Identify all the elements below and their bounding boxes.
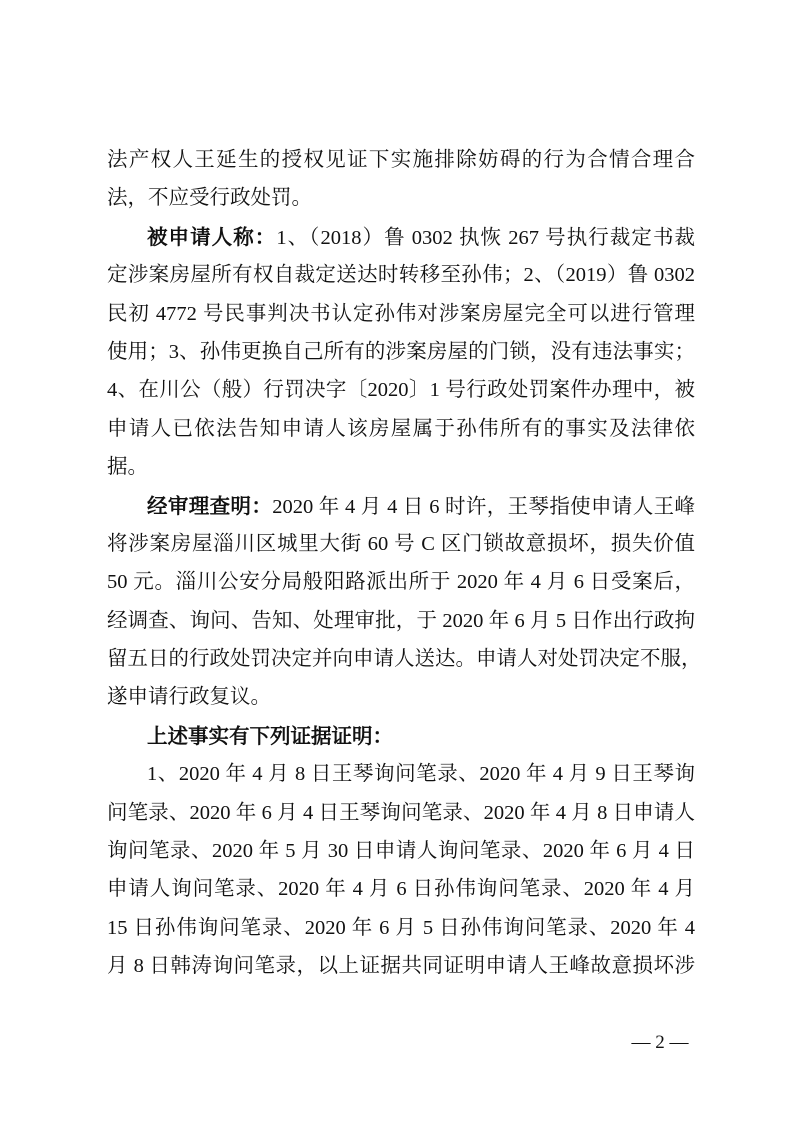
text-line: 申请人已依法告知申请人该房屋属于孙伟所有的事实及法律依 xyxy=(107,410,695,448)
text-line: 使用；3、孙伟更换自己所有的涉案房屋的门锁，没有违法事实； xyxy=(107,333,695,371)
text-span: 1、（2018）鲁 0302 执恢 267 号执行裁定书裁 xyxy=(276,227,695,249)
text-line: 据。 xyxy=(107,448,695,486)
text-line: 法，不应受行政处罚。 xyxy=(107,179,695,217)
evidence-heading-line: 上述事实有下列证据证明： xyxy=(107,717,695,755)
respondent-statement-line: 被申请人称：1、（2018）鲁 0302 执恢 267 号执行裁定书裁 xyxy=(107,218,695,256)
text-line: 遂申请行政复议。 xyxy=(107,678,695,716)
text-span: 2020 年 4 月 4 日 6 时许，王琴指使申请人王峰 xyxy=(272,496,695,518)
respondent-statement-label: 被申请人称： xyxy=(147,225,276,249)
text-line: 法产权人王延生的授权见证下实施排除妨碍的行为合情合理合 xyxy=(107,141,695,179)
evidence-heading: 上述事实有下列证据证明： xyxy=(147,724,393,748)
document-body: 法产权人王延生的授权见证下实施排除妨碍的行为合情合理合 法，不应受行政处罚。 被… xyxy=(107,141,695,986)
text-line: 经调查、询问、告知、处理审批，于 2020 年 6 月 5 日作出行政拘 xyxy=(107,602,695,640)
text-line: 问笔录、2020 年 6 月 4 日王琴询问笔录、2020 年 4 月 8 日申… xyxy=(107,794,695,832)
page-number: — 2 — xyxy=(620,1031,700,1055)
text-line: 15 日孙伟询问笔录、2020 年 6 月 5 日孙伟询问笔录、2020 年 4 xyxy=(107,909,695,947)
text-line: 将涉案房屋淄川区城里大街 60 号 C 区门锁故意损坏，损失价值 xyxy=(107,525,695,563)
text-line: 询问笔录、2020 年 5 月 30 日申请人询问笔录、2020 年 6 月 4… xyxy=(107,832,695,870)
text-line: 申请人询问笔录、2020 年 4 月 6 日孙伟询问笔录、2020 年 4 月 xyxy=(107,870,695,908)
text-line: 1、2020 年 4 月 8 日王琴询问笔录、2020 年 4 月 9 日王琴询 xyxy=(107,755,695,793)
findings-line: 经审理查明：2020 年 4 月 4 日 6 时许，王琴指使申请人王峰 xyxy=(107,487,695,525)
findings-label: 经审理查明： xyxy=(147,494,272,518)
text-line: 4、在川公（般）行罚决字〔2020〕1 号行政处罚案件办理中，被 xyxy=(107,371,695,409)
text-line: 月 8 日韩涛询问笔录，以上证据共同证明申请人王峰故意损坏涉 xyxy=(107,947,695,985)
document-page: 法产权人王延生的授权见证下实施排除妨碍的行为合情合理合 法，不应受行政处罚。 被… xyxy=(0,0,794,1123)
text-line: 民初 4772 号民事判决书认定孙伟对涉案房屋完全可以进行管理 xyxy=(107,295,695,333)
text-line: 留五日的行政处罚决定并向申请人送达。申请人对处罚决定不服， xyxy=(107,640,695,678)
text-line: 50 元。淄川公安分局般阳路派出所于 2020 年 4 月 6 日受案后， xyxy=(107,563,695,601)
text-line: 定涉案房屋所有权自裁定送达时转移至孙伟；2、（2019）鲁 0302 xyxy=(107,256,695,294)
